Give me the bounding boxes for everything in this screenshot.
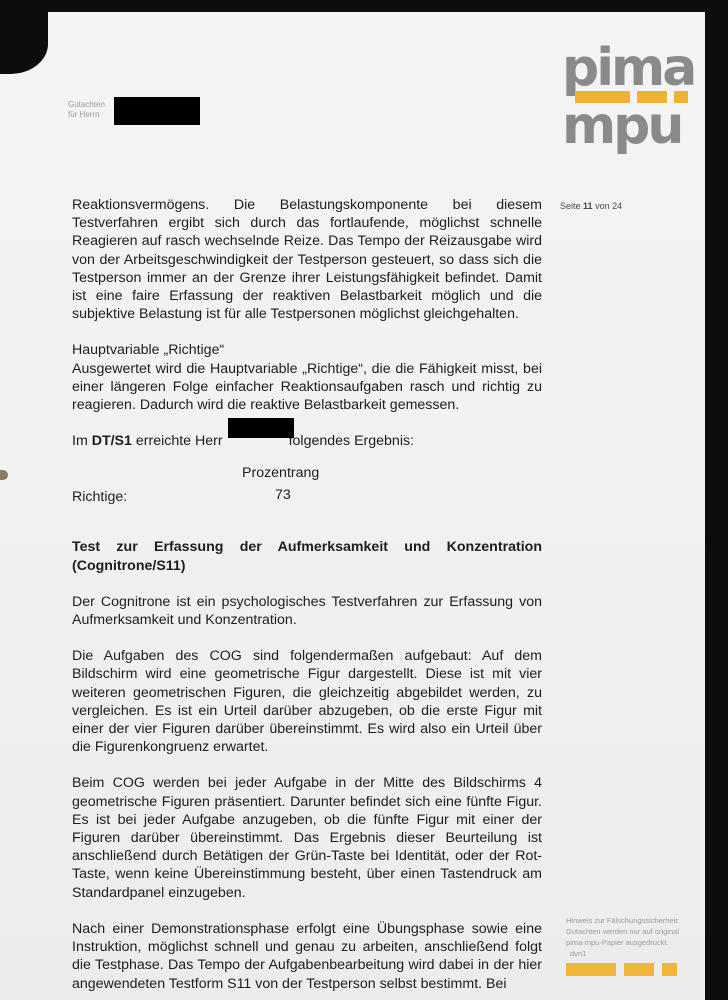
result-table: Prozentrang Richtige: 73: [72, 462, 542, 512]
result-value: 73: [275, 486, 291, 504]
logo-word-pima: pima: [562, 48, 692, 88]
paragraph-reaction: Reaktionsvermögens. Die Belastungskompon…: [72, 196, 542, 323]
paragraph-cog-procedure: Beim COG werden bei jeder Aufgabe in der…: [72, 774, 542, 901]
page-number: Seite 11 von 24: [560, 201, 622, 211]
paragraph-cognitrone-intro: Der Cognitrone ist ein psychologisches T…: [72, 593, 542, 629]
torn-corner: [0, 12, 48, 74]
result-label: Richtige:: [72, 488, 127, 506]
footer-bars: [566, 963, 706, 976]
footer-bar: [662, 963, 677, 976]
variable-description: Ausgewertet wird die Hauptvariable „Rich…: [72, 360, 542, 415]
document-body: Reaktionsvermögens. Die Belastungskompon…: [72, 196, 542, 993]
paragraph-test-phase: Nach einer Demonstrationsphase erfolgt e…: [72, 920, 542, 993]
test-name: DT/S1: [92, 433, 132, 449]
footer-bar: [566, 963, 616, 976]
footer-bar: [624, 963, 654, 976]
recipient-line-1: Gutachten: [68, 100, 105, 110]
pima-mpu-logo: pima mpu: [562, 48, 692, 146]
document-code: dvn1: [570, 948, 706, 959]
footer-notice: Hinweis zur Fälschungssicherheit: Gutach…: [566, 915, 706, 976]
paragraph-cog-tasks: Die Aufgaben des COG sind folgendermaßen…: [72, 647, 542, 756]
logo-word-mpu: mpu: [562, 106, 692, 146]
redaction-bar: [228, 418, 294, 438]
document-page: pima mpu Gutachten für Herrn Seite 11 vo…: [0, 12, 705, 1000]
recipient-line-2: für Herrn: [68, 110, 105, 120]
result-intro: Im DT/S1 erreichte Herrfolgendes Ergebni…: [72, 432, 542, 450]
scan-border: [0, 0, 728, 12]
redaction-bar: [114, 97, 200, 125]
recipient-block: Gutachten für Herrn: [68, 100, 105, 120]
punch-hole-mark: [0, 470, 8, 480]
variable-title: Hauptvariable „Richtige“: [72, 341, 542, 359]
column-header-prozentrang: Prozentrang: [242, 464, 319, 482]
section-heading: Test zur Erfassung der Aufmerksamkeit un…: [72, 538, 542, 574]
